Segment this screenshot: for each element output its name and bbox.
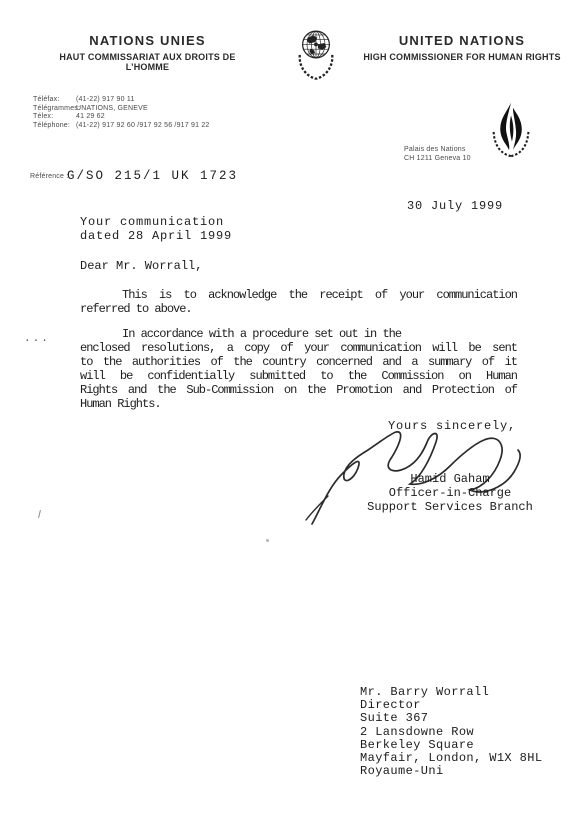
letter-page: NATIONS UNIES HAUT COMMISSARIAT AUX DROI… (0, 0, 579, 815)
org-title-en: UNITED NATIONS (358, 33, 566, 48)
subject-line1: Your communication (80, 215, 232, 229)
subject-line2: dated 28 April 1999 (80, 229, 232, 243)
contact-value: UNATIONS, GENEVE (76, 105, 148, 114)
office-address-line2: CH 1211 Geneva 10 (404, 155, 471, 164)
paragraph-2: In accordance with a procedure set out i… (80, 327, 517, 411)
ohchr-flame-icon (486, 101, 536, 159)
reference-value: G/SO 215/1 UK 1723 (67, 169, 238, 183)
body-line: will be confidentially submitted to the … (80, 369, 517, 383)
contact-block: Téléfax: (41-22) 917 90 11 Télégrammes: … (33, 96, 253, 130)
contact-row-telephone: Téléphone: (41-22) 917 92 60 /917 92 56 … (33, 122, 253, 131)
contact-row-telex: Télex: 41 29 62 (33, 113, 253, 122)
paragraph-1: This is to acknowledge the receipt of yo… (80, 288, 517, 316)
org-subtitle-fr: HAUT COMMISSARIAT AUX DROITS DE L’HOMME (40, 52, 255, 72)
signer-title: Officer-in-Charge (366, 486, 534, 500)
signer-block: Hamid Gaham Officer-in-Charge Support Se… (366, 472, 534, 514)
un-emblem-icon (295, 25, 337, 83)
body-line: In accordance with a procedure set out i… (80, 327, 517, 341)
contact-value: (41-22) 917 92 60 /917 92 56 /917 91 22 (76, 122, 210, 131)
recipient-line: Suite 367 (360, 712, 542, 725)
header-english: UNITED NATIONS HIGH COMMISSIONER FOR HUM… (358, 33, 566, 62)
body-line: This is to acknowledge the receipt of yo… (80, 288, 517, 302)
scan-artifact-dot (266, 539, 269, 542)
contact-value: (41-22) 917 90 11 (76, 96, 135, 105)
contact-label: Télex: (33, 113, 76, 122)
signer-name: Hamid Gaham (366, 472, 534, 486)
org-subtitle-en: HIGH COMMISSIONER FOR HUMAN RIGHTS (358, 52, 566, 62)
contact-label: Téléfax: (33, 96, 76, 105)
contact-value: 41 29 62 (76, 113, 105, 122)
subject-block: Your communication dated 28 April 1999 (80, 215, 232, 243)
contact-label: Téléphone: (33, 122, 76, 131)
reference-label: Référence : (30, 173, 68, 182)
salutation: Dear Mr. Worrall, (80, 259, 202, 273)
recipient-line: Royaume-Uni (360, 765, 542, 778)
scan-artifact-slash (38, 510, 41, 518)
signer-branch: Support Services Branch (366, 500, 534, 514)
office-address-line1: Palais des Nations (404, 146, 471, 155)
body-line: Human Rights. (80, 397, 517, 411)
letter-date: 30 July 1999 (407, 199, 503, 213)
body-line: Rights and the Sub-Commission on the Pro… (80, 383, 517, 397)
recipient-block: Mr. Barry Worrall Director Suite 367 2 L… (360, 686, 542, 778)
contact-row-telefax: Téléfax: (41-22) 917 90 11 (33, 96, 253, 105)
body-line: to the authorities of the country concer… (80, 355, 517, 369)
recipient-line: 2 Lansdowne Row (360, 726, 542, 739)
margin-mark: ... (24, 333, 50, 345)
office-address: Palais des Nations CH 1211 Geneva 10 (404, 146, 471, 163)
contact-row-telegrams: Télégrammes: UNATIONS, GENEVE (33, 105, 253, 114)
body-line: enclosed resolutions, a copy of your com… (80, 341, 517, 355)
contact-label: Télégrammes: (33, 105, 76, 114)
org-title-fr: NATIONS UNIES (40, 33, 255, 48)
body-line: referred to above. (80, 302, 517, 316)
header-french: NATIONS UNIES HAUT COMMISSARIAT AUX DROI… (40, 33, 255, 72)
